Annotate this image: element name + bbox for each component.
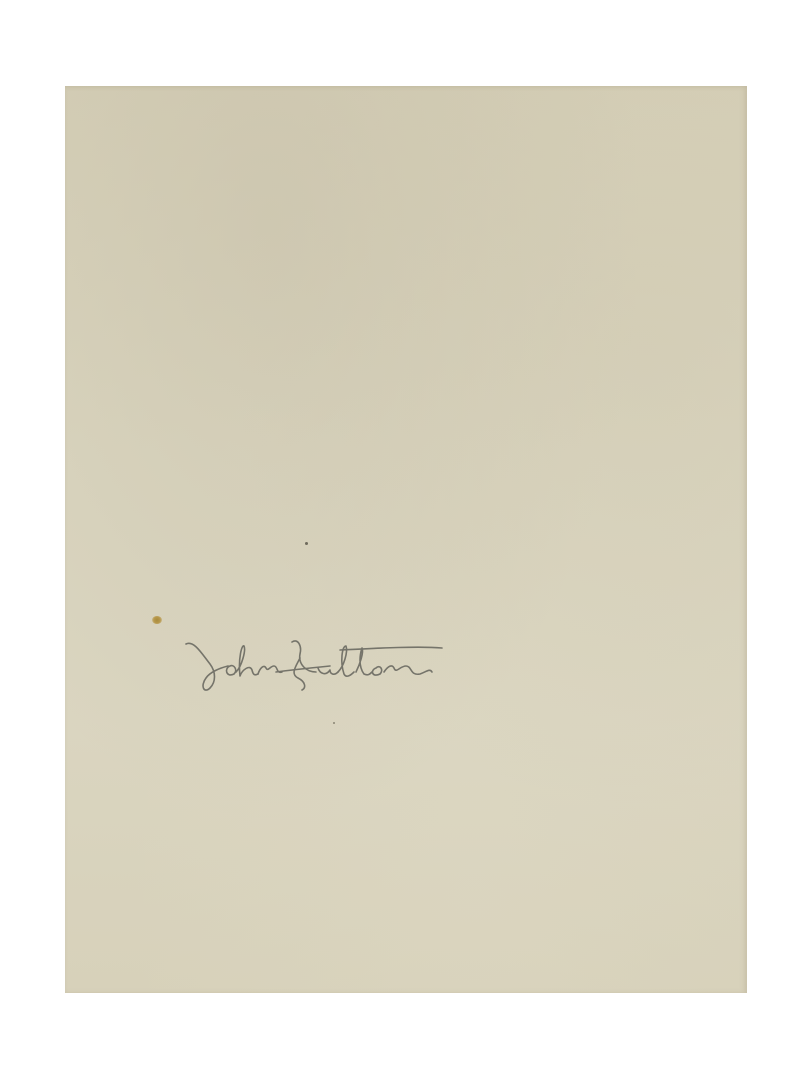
paper-stain xyxy=(152,616,162,624)
signature-strokes xyxy=(180,632,500,702)
handwritten-signature: John Fulton xyxy=(180,632,500,702)
photo-stage: John Fulton xyxy=(0,0,812,1080)
paper-sheet xyxy=(65,86,747,993)
paper-speck xyxy=(333,722,335,724)
paper-speck xyxy=(305,542,308,545)
